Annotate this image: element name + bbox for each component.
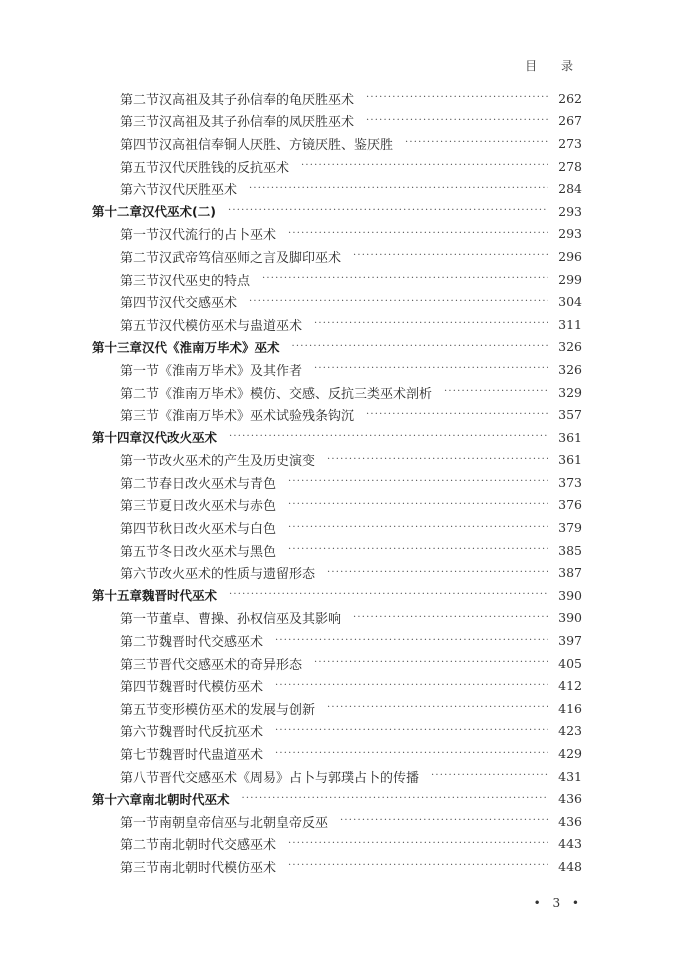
toc-chapter-row[interactable]: 第十五章魏晋时代巫术390 bbox=[92, 584, 582, 607]
dot-leader bbox=[366, 114, 548, 128]
page-ref: 262 bbox=[554, 91, 582, 106]
toc-section-row[interactable]: 第二节汉武帝笃信巫师之言及脚印巫术296 bbox=[92, 245, 582, 268]
page-ref: 423 bbox=[554, 723, 582, 738]
page-ref: 431 bbox=[554, 769, 582, 784]
dot-leader bbox=[262, 272, 548, 286]
toc-section-row[interactable]: 第三节夏日改火巫术与赤色376 bbox=[92, 494, 582, 517]
toc-chapter-row[interactable]: 第十四章汉代改火巫术361 bbox=[92, 426, 582, 449]
page-ref: 397 bbox=[554, 633, 582, 648]
page-ref: 326 bbox=[554, 362, 582, 377]
section-title: 汉代巫史的特点 bbox=[159, 270, 250, 289]
section-number: 第五节 bbox=[120, 699, 159, 718]
section-number: 第二节 bbox=[120, 89, 159, 108]
page-ref: 390 bbox=[554, 588, 582, 603]
section-title: 汉代流行的占卜巫术 bbox=[159, 224, 276, 243]
page-number: • 3 • bbox=[534, 896, 583, 910]
section-title: 南朝皇帝信巫与北朝皇帝反巫 bbox=[159, 812, 328, 831]
running-header: 目 录 bbox=[525, 57, 583, 74]
toc-section-row[interactable]: 第一节《淮南万毕术》及其作者326 bbox=[92, 358, 582, 381]
section-number: 第三节 bbox=[120, 111, 159, 130]
page-ref: 357 bbox=[554, 407, 582, 422]
toc-chapter-row[interactable]: 第十三章汉代《淮南万毕术》巫术326 bbox=[92, 336, 582, 359]
section-number: 第四节 bbox=[120, 134, 159, 153]
page-ref: 436 bbox=[554, 791, 582, 806]
page-ref: 379 bbox=[554, 520, 582, 535]
toc-chapter-row[interactable]: 第十六章南北朝时代巫术436 bbox=[92, 787, 582, 810]
section-number: 第二节 bbox=[120, 473, 159, 492]
section-title: 南北朝时代模仿巫术 bbox=[159, 857, 276, 876]
chapter-number: 第十五章 bbox=[92, 586, 142, 604]
chapter-title: 魏晋时代巫术 bbox=[142, 586, 217, 604]
section-title: 《淮南万毕术》及其作者 bbox=[159, 360, 302, 379]
section-title: 春日改火巫术与青色 bbox=[159, 473, 276, 492]
page-ref: 293 bbox=[554, 204, 582, 219]
section-title: 变形模仿巫术的发展与创新 bbox=[159, 699, 315, 718]
section-number: 第四节 bbox=[120, 292, 159, 311]
toc-section-row[interactable]: 第四节秋日改火巫术与白色379 bbox=[92, 516, 582, 539]
dot-leader bbox=[288, 521, 548, 535]
dot-leader bbox=[353, 249, 548, 263]
section-number: 第六节 bbox=[120, 721, 159, 740]
page-ref: 405 bbox=[554, 656, 582, 671]
dot-leader bbox=[340, 814, 548, 828]
dot-leader bbox=[327, 566, 548, 580]
chapter-number: 第十三章 bbox=[92, 338, 142, 356]
dot-leader bbox=[327, 701, 548, 715]
section-title: 汉代模仿巫术与蛊道巫术 bbox=[159, 315, 302, 334]
section-title: 南北朝时代交感巫术 bbox=[159, 834, 276, 853]
section-number: 第五节 bbox=[120, 541, 159, 560]
chapter-title: 南北朝时代巫术 bbox=[142, 790, 230, 808]
toc-section-row[interactable]: 第一节南朝皇帝信巫与北朝皇帝反巫436 bbox=[92, 810, 582, 833]
section-number: 第八节 bbox=[120, 767, 159, 786]
page-ref: 390 bbox=[554, 610, 582, 625]
page-ref: 311 bbox=[554, 317, 582, 332]
section-number: 第三节 bbox=[120, 654, 159, 673]
toc-section-row[interactable]: 第六节改火巫术的性质与遗留形态387 bbox=[92, 561, 582, 584]
page-ref: 273 bbox=[554, 136, 582, 151]
page-ref: 293 bbox=[554, 226, 582, 241]
toc-section-row[interactable]: 第四节汉代交感巫术304 bbox=[92, 290, 582, 313]
toc-section-row[interactable]: 第五节变形模仿巫术的发展与创新416 bbox=[92, 697, 582, 720]
toc-section-row[interactable]: 第一节汉代流行的占卜巫术293 bbox=[92, 223, 582, 246]
page-ref: 329 bbox=[554, 385, 582, 400]
toc-section-row[interactable]: 第三节南北朝时代模仿巫术448 bbox=[92, 855, 582, 878]
dot-leader bbox=[288, 227, 548, 241]
dot-leader bbox=[288, 475, 548, 489]
dot-leader bbox=[353, 611, 548, 625]
page-ref: 326 bbox=[554, 339, 582, 354]
dot-leader bbox=[229, 430, 548, 444]
page-ref: 436 bbox=[554, 814, 582, 829]
section-number: 第二节 bbox=[120, 383, 159, 402]
page-ref: 361 bbox=[554, 430, 582, 445]
toc-section-row[interactable]: 第四节汉高祖信奉铜人厌胜、方镜厌胜、鉴厌胜273 bbox=[92, 132, 582, 155]
section-number: 第六节 bbox=[120, 179, 159, 198]
section-number: 第二节 bbox=[120, 834, 159, 853]
page-ref: 278 bbox=[554, 159, 582, 174]
section-number: 第四节 bbox=[120, 676, 159, 695]
section-number: 第三节 bbox=[120, 857, 159, 876]
section-title: 汉代厌胜巫术 bbox=[159, 179, 237, 198]
dot-leader bbox=[242, 792, 548, 806]
dot-leader bbox=[314, 362, 548, 376]
toc-section-row[interactable]: 第二节南北朝时代交感巫术443 bbox=[92, 833, 582, 856]
section-number: 第一节 bbox=[120, 360, 159, 379]
toc-section-row[interactable]: 第二节汉高祖及其子孙信奉的龟厌胜巫术262 bbox=[92, 87, 582, 110]
section-title: 汉代厌胜钱的反抗巫术 bbox=[159, 157, 289, 176]
dot-leader bbox=[275, 724, 548, 738]
section-title: 汉武帝笃信巫师之言及脚印巫术 bbox=[159, 247, 341, 266]
section-title: 《淮南万毕术》模仿、交感、反抗三类巫术剖析 bbox=[159, 383, 432, 402]
page-ref: 387 bbox=[554, 565, 582, 580]
toc-section-row[interactable]: 第五节汉代厌胜钱的反抗巫术278 bbox=[92, 155, 582, 178]
section-number: 第五节 bbox=[120, 157, 159, 176]
chapter-title: 汉代《淮南万毕术》巫术 bbox=[142, 338, 280, 356]
toc-section-row[interactable]: 第四节魏晋时代模仿巫术412 bbox=[92, 674, 582, 697]
section-title: 改火巫术的产生及历史演变 bbox=[159, 450, 315, 469]
section-number: 第一节 bbox=[120, 450, 159, 469]
toc-section-row[interactable]: 第三节汉代巫史的特点299 bbox=[92, 268, 582, 291]
toc-section-row[interactable]: 第三节《淮南万毕术》巫术试验残条钩沉357 bbox=[92, 403, 582, 426]
dot-leader bbox=[275, 747, 548, 761]
section-number: 第三节 bbox=[120, 405, 159, 424]
chapter-number: 第十四章 bbox=[92, 428, 142, 446]
page-ref: 361 bbox=[554, 452, 582, 467]
page-ref: 448 bbox=[554, 859, 582, 874]
dot-leader bbox=[366, 91, 548, 105]
section-title: 汉代交感巫术 bbox=[159, 292, 237, 311]
section-title: 魏晋时代交感巫术 bbox=[159, 631, 263, 650]
dot-leader bbox=[314, 317, 548, 331]
dot-leader bbox=[249, 182, 548, 196]
dot-leader bbox=[431, 769, 548, 783]
dot-leader bbox=[229, 588, 548, 602]
page-ref: 284 bbox=[554, 181, 582, 196]
section-number: 第二节 bbox=[120, 631, 159, 650]
section-title: 《淮南万毕术》巫术试验残条钩沉 bbox=[159, 405, 354, 424]
section-title: 魏晋时代模仿巫术 bbox=[159, 676, 263, 695]
toc-section-row[interactable]: 第三节晋代交感巫术的奇异形态405 bbox=[92, 652, 582, 675]
section-number: 第二节 bbox=[120, 247, 159, 266]
section-title: 冬日改火巫术与黑色 bbox=[159, 541, 276, 560]
section-number: 第四节 bbox=[120, 518, 159, 537]
dot-leader bbox=[275, 679, 548, 693]
section-number: 第五节 bbox=[120, 315, 159, 334]
toc-section-row[interactable]: 第二节春日改火巫术与青色373 bbox=[92, 471, 582, 494]
page-ref: 443 bbox=[554, 836, 582, 851]
dot-leader bbox=[228, 204, 548, 218]
section-title: 董卓、曹操、孙权信巫及其影响 bbox=[159, 608, 341, 627]
dot-leader bbox=[405, 136, 548, 150]
section-title: 夏日改火巫术与赤色 bbox=[159, 495, 276, 514]
chapter-title: 汉代改火巫术 bbox=[142, 428, 217, 446]
toc-section-row[interactable]: 第五节汉代模仿巫术与蛊道巫术311 bbox=[92, 313, 582, 336]
toc-section-row[interactable]: 第八节晋代交感巫术《周易》占卜与郭璞占卜的传播431 bbox=[92, 765, 582, 788]
toc-section-row[interactable]: 第六节汉代厌胜巫术284 bbox=[92, 177, 582, 200]
section-number: 第一节 bbox=[120, 812, 159, 831]
toc-section-row[interactable]: 第二节魏晋时代交感巫术397 bbox=[92, 629, 582, 652]
toc-chapter-row[interactable]: 第十二章汉代巫术(二)293 bbox=[92, 200, 582, 223]
section-number: 第三节 bbox=[120, 495, 159, 514]
section-title: 魏晋时代反抗巫术 bbox=[159, 721, 263, 740]
dot-leader bbox=[288, 498, 548, 512]
section-title: 汉高祖及其子孙信奉的凤厌胜巫术 bbox=[159, 111, 354, 130]
page-ref: 416 bbox=[554, 701, 582, 716]
section-number: 第一节 bbox=[120, 224, 159, 243]
dot-leader bbox=[288, 543, 548, 557]
chapter-title: 汉代巫术(二) bbox=[142, 202, 216, 220]
page-ref: 385 bbox=[554, 543, 582, 558]
dot-leader bbox=[275, 634, 548, 648]
toc-section-row[interactable]: 第三节汉高祖及其子孙信奉的凤厌胜巫术267 bbox=[92, 110, 582, 133]
section-number: 第一节 bbox=[120, 608, 159, 627]
page-ref: 267 bbox=[554, 113, 582, 128]
dot-leader bbox=[366, 408, 548, 422]
dot-leader bbox=[288, 859, 548, 873]
section-title: 魏晋时代蛊道巫术 bbox=[159, 744, 263, 763]
section-title: 改火巫术的性质与遗留形态 bbox=[159, 563, 315, 582]
section-title: 秋日改火巫术与白色 bbox=[159, 518, 276, 537]
toc-section-row[interactable]: 第一节改火巫术的产生及历史演变361 bbox=[92, 449, 582, 472]
page-ref: 429 bbox=[554, 746, 582, 761]
dot-leader bbox=[444, 385, 548, 399]
dot-leader bbox=[288, 837, 548, 851]
table-of-contents: 第二节汉高祖及其子孙信奉的龟厌胜巫术262第三节汉高祖及其子孙信奉的凤厌胜巫术2… bbox=[92, 87, 582, 878]
section-title: 晋代交感巫术的奇异形态 bbox=[159, 654, 302, 673]
page-ref: 412 bbox=[554, 678, 582, 693]
section-title: 汉高祖及其子孙信奉的龟厌胜巫术 bbox=[159, 89, 354, 108]
section-number: 第三节 bbox=[120, 270, 159, 289]
chapter-number: 第十六章 bbox=[92, 790, 142, 808]
page-ref: 299 bbox=[554, 272, 582, 287]
section-number: 第七节 bbox=[120, 744, 159, 763]
section-number: 第六节 bbox=[120, 563, 159, 582]
dot-leader bbox=[249, 295, 548, 309]
page-ref: 296 bbox=[554, 249, 582, 264]
toc-section-row[interactable]: 第七节魏晋时代蛊道巫术429 bbox=[92, 742, 582, 765]
page-ref: 376 bbox=[554, 497, 582, 512]
dot-leader bbox=[301, 159, 548, 173]
page-ref: 373 bbox=[554, 475, 582, 490]
dot-leader bbox=[327, 453, 548, 467]
dot-leader bbox=[314, 656, 548, 670]
chapter-number: 第十二章 bbox=[92, 202, 142, 220]
toc-section-row[interactable]: 第六节魏晋时代反抗巫术423 bbox=[92, 720, 582, 743]
section-title: 汉高祖信奉铜人厌胜、方镜厌胜、鉴厌胜 bbox=[159, 134, 393, 153]
dot-leader bbox=[292, 340, 548, 354]
toc-section-row[interactable]: 第二节《淮南万毕术》模仿、交感、反抗三类巫术剖析329 bbox=[92, 381, 582, 404]
toc-section-row[interactable]: 第五节冬日改火巫术与黑色385 bbox=[92, 539, 582, 562]
page-ref: 304 bbox=[554, 294, 582, 309]
toc-section-row[interactable]: 第一节董卓、曹操、孙权信巫及其影响390 bbox=[92, 607, 582, 630]
section-title: 晋代交感巫术《周易》占卜与郭璞占卜的传播 bbox=[159, 767, 419, 786]
